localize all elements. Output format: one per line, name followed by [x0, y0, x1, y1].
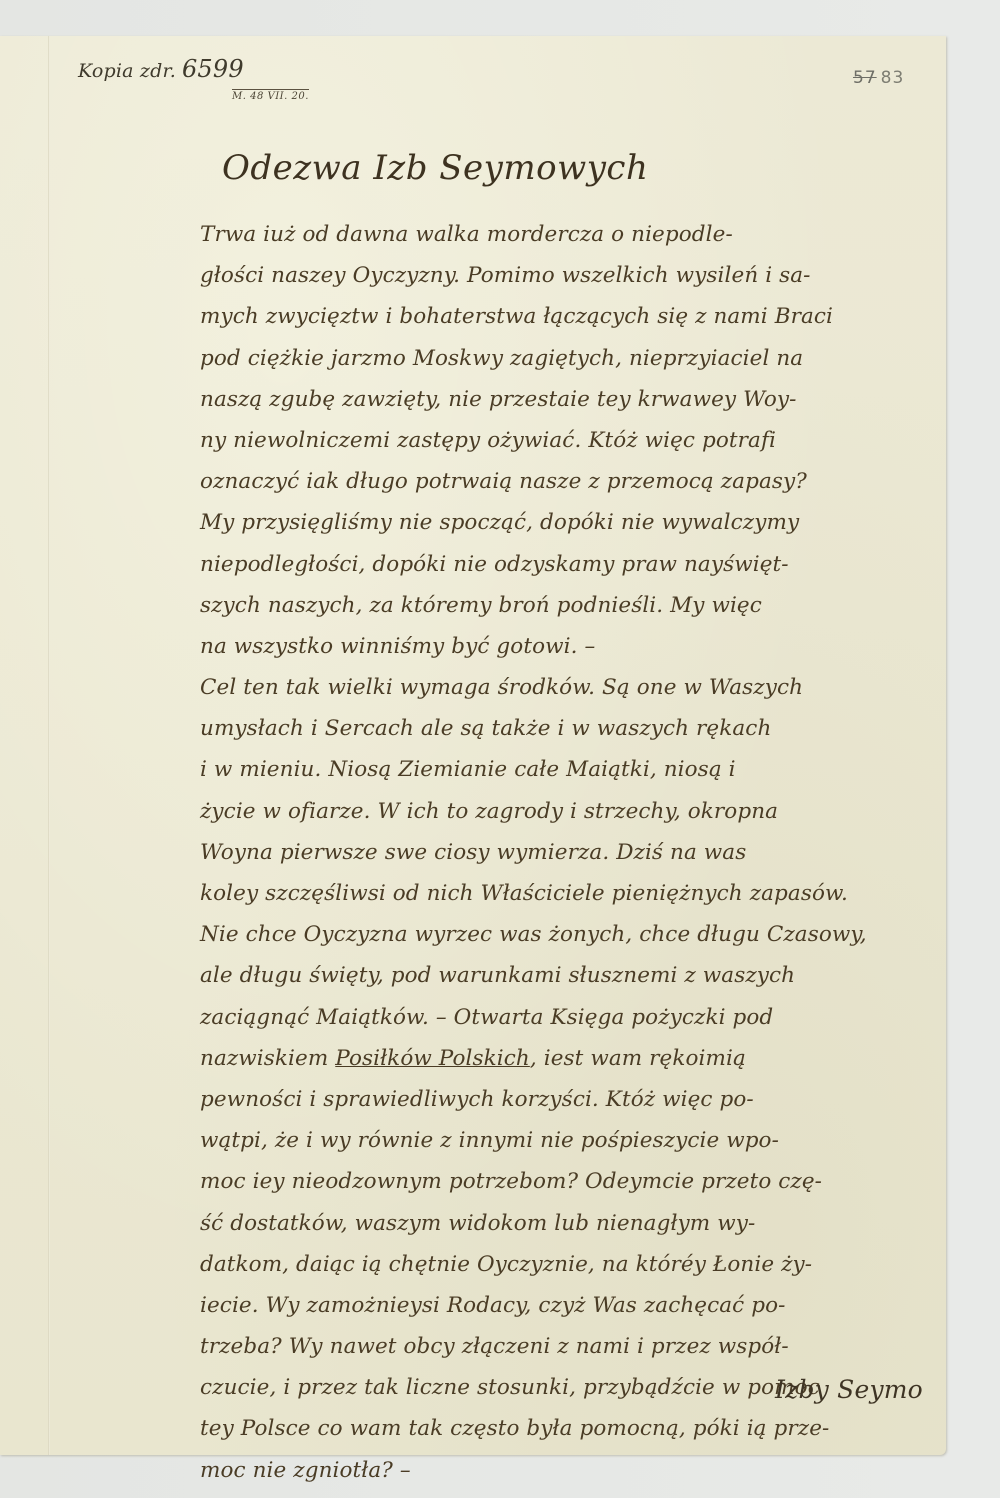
annotation-number: 6599	[182, 55, 244, 83]
archival-annotation: Kopia zdr.6599	[78, 55, 244, 83]
text-line: My przysięgliśmy nie spocząć, dopóki nie…	[200, 510, 940, 551]
underlined-phrase: Posiłków Polskich	[335, 1046, 530, 1071]
text-line: życie w ofiarze. W ich to zagrody i strz…	[200, 799, 940, 840]
text-line: i w mieniu. Niosą Ziemianie całe Maiątki…	[200, 757, 940, 798]
text-line: Trwa iuż od dawna walka mordercza o niep…	[200, 222, 940, 263]
annotation-sub-reference: M. 48 VII. 20.	[232, 89, 309, 102]
text-line: mych zwycięztw i bohaterstwa łączących s…	[200, 304, 940, 345]
text-line: Cel ten tak wielki wymaga środków. Są on…	[200, 675, 940, 716]
text-line: głości naszey Oyczyzny. Pomimo wszelkich…	[200, 263, 940, 304]
text-line: pod ciężkie jarzmo Moskwy zagiętych, nie…	[200, 346, 940, 387]
document-title: Odezwa Izb Seymowych	[222, 148, 648, 188]
text-line-with-underline: nazwiskiem Posiłków Polskich, iest wam r…	[200, 1046, 940, 1087]
folio-current-number: 83	[881, 68, 905, 88]
folio-struck-number: 57	[853, 68, 877, 88]
text-line: datkom, daiąc ią chętnie Oyczyznie, na k…	[200, 1252, 940, 1293]
text-line: tey Polsce co wam tak często była pomocn…	[200, 1416, 940, 1457]
text-line: umysłach i Sercach ale są także i w wasz…	[200, 716, 940, 757]
text-line: oznaczyć iak długo potrwaią nasze z prze…	[200, 469, 940, 510]
text-line: iecie. Wy zamożnieysi Rodacy, czyż Was z…	[200, 1293, 940, 1334]
text-line: ale długu święty, pod warunkami słusznem…	[200, 963, 940, 1004]
text-line: pewności i sprawiedliwych korzyści. Któż…	[200, 1087, 940, 1128]
paper-fold-line	[48, 36, 50, 1455]
text-line: Woyna pierwsze swe ciosy wymierza. Dziś …	[200, 840, 940, 881]
text-line: ny niewolniczemi zastępy ożywiać. Któż w…	[200, 428, 940, 469]
signature: Izby Seymo	[775, 1375, 923, 1404]
text-line: szych naszych, za któremy broń podnieśli…	[200, 593, 940, 634]
text-line: niepodległości, dopóki nie odzyskamy pra…	[200, 552, 940, 593]
text-line: trzeba? Wy nawet obcy złączeni z nami i …	[200, 1334, 940, 1375]
text-line: moc nie zgniotła? –	[200, 1458, 940, 1498]
text-line: naszą zgubę zawzięty, nie przestaie tey …	[200, 387, 940, 428]
text-line: zaciągnąć Maiątków. – Otwarta Księga poż…	[200, 1005, 940, 1046]
folio-number: 5783	[853, 68, 904, 88]
text-line: ść dostatków, waszym widokom lub nienagł…	[200, 1211, 940, 1252]
text-line: moc iey nieodzownym potrzebom? Odeymcie …	[200, 1169, 940, 1210]
text-line: na wszystko winniśmy być gotowi. –	[200, 634, 940, 675]
text-line: Nie chce Oyczyzna wyrzec was żonych, chc…	[200, 922, 940, 963]
annotation-text: Kopia zdr.	[78, 60, 176, 82]
text-line: koley szczęśliwsi od nich Właściciele pi…	[200, 881, 940, 922]
manuscript-body: Trwa iuż od dawna walka mordercza o niep…	[200, 222, 940, 1498]
text-line: wątpi, że i wy równie z innymi nie pośpi…	[200, 1128, 940, 1169]
